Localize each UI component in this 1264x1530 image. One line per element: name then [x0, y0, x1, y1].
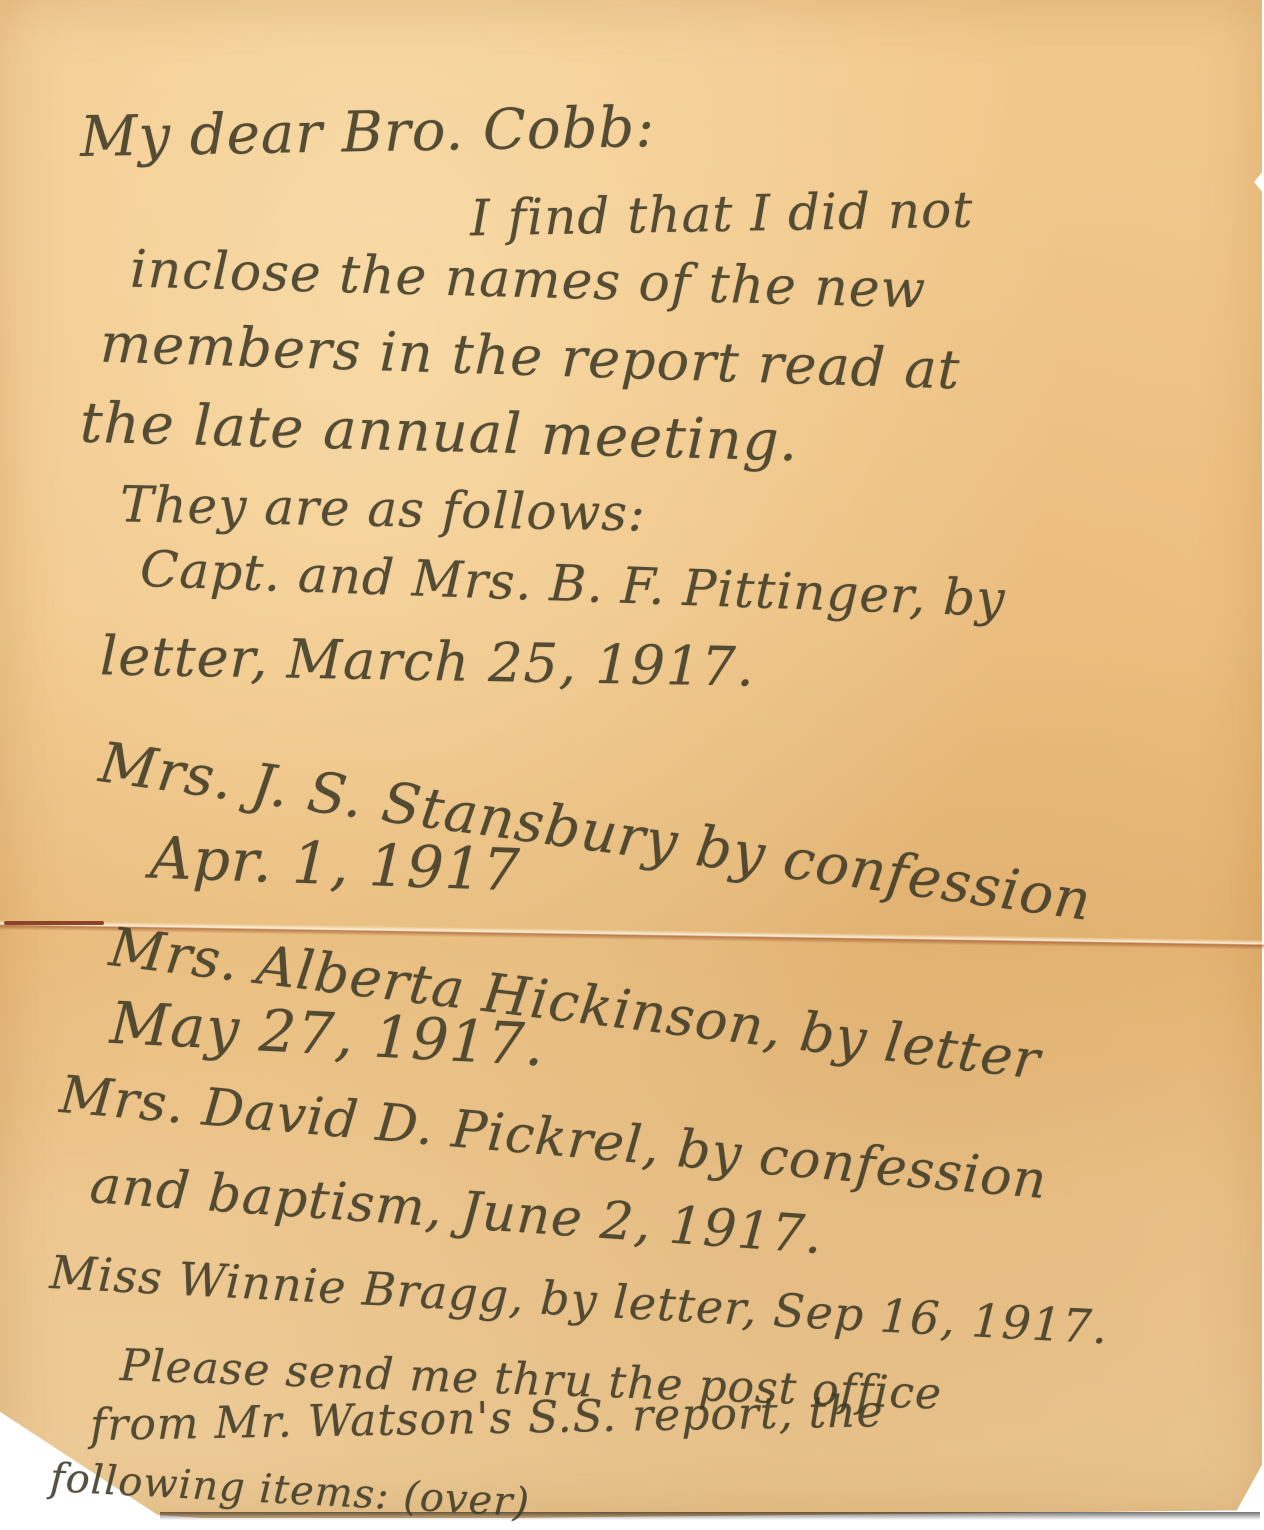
paper-edge-notch [1254, 170, 1264, 194]
member-entry-date: letter, March 25, 1917. [100, 624, 756, 698]
letter-line: I find that I did not [470, 181, 974, 248]
letter-line: They are as follows: [120, 475, 647, 542]
paper-tear [4, 921, 104, 925]
salutation: My dear Bro. Cobb: [79, 95, 655, 170]
member-entry-date: Apr. 1, 1917 [149, 824, 522, 905]
